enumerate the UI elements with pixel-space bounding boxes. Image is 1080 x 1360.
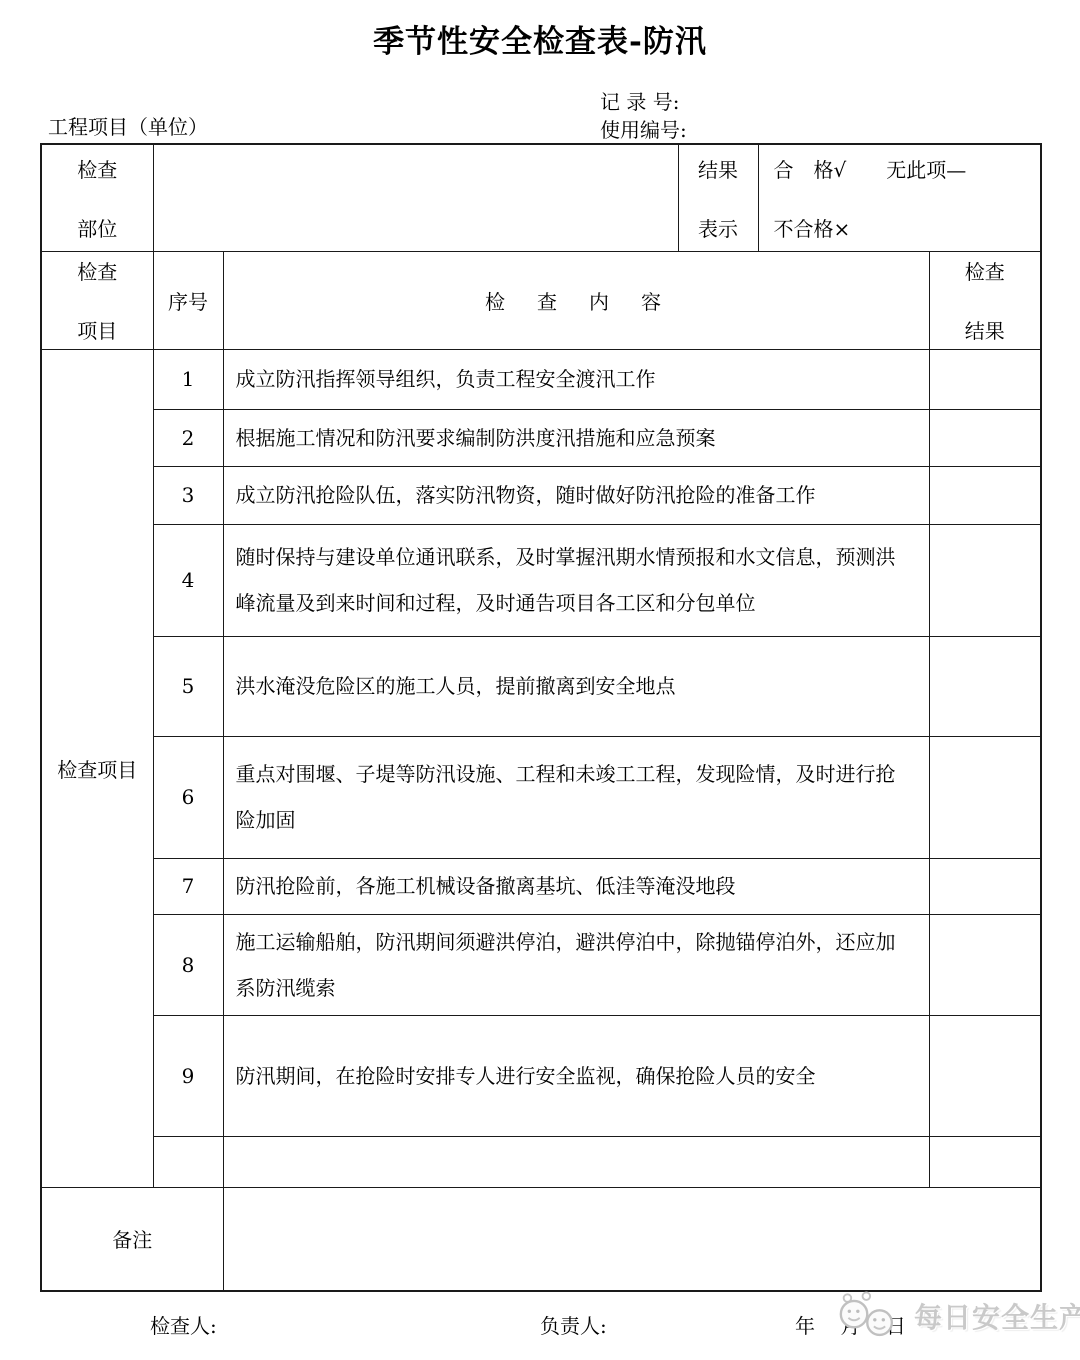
- table-row: 6 重点对围堰、子堤等防汛设施、工程和未竣工工程，发现险情，及时进行抢险加固: [41, 736, 1041, 858]
- row-result-cell[interactable]: [929, 409, 1041, 466]
- row-number: 2: [153, 409, 223, 466]
- legend-fail: 不合格×: [774, 213, 851, 242]
- item-column-header-line1: 检查: [77, 256, 117, 285]
- check-part-label-line2: 部位: [77, 213, 117, 242]
- table-row: 8 施工运输船舶，防汛期间须避洪停泊，避洪停泊中，除抛锚停泊外，还应加系防汛缆索: [41, 914, 1041, 1015]
- row-result-cell[interactable]: [929, 914, 1041, 1015]
- row-result-cell[interactable]: [929, 636, 1041, 736]
- row-result-cell[interactable]: [929, 349, 1041, 409]
- row-result-cell[interactable]: [929, 1136, 1041, 1187]
- remark-label-cell: 备注: [41, 1187, 223, 1291]
- remark-row: 备注: [41, 1187, 1041, 1291]
- row-content: [223, 1136, 929, 1187]
- row-number: 7: [153, 858, 223, 914]
- row-result-cell[interactable]: [929, 466, 1041, 524]
- row-content: 重点对围堰、子堤等防汛设施、工程和未竣工工程，发现险情，及时进行抢险加固: [223, 736, 929, 858]
- result-mark-label-cell: 结果 表示: [678, 144, 758, 251]
- row-number: 6: [153, 736, 223, 858]
- row-number: [153, 1136, 223, 1187]
- table-row: 5 洪水淹没危险区的施工人员，提前撤离到安全地点: [41, 636, 1041, 736]
- result-column-header-line1: 检查: [965, 256, 1005, 285]
- inspection-form-table: 检查 部位 结果 表示 合 格√ 无此项— 不合格× 检查 项目 序号: [40, 143, 1042, 1292]
- row-number: 5: [153, 636, 223, 736]
- check-item-group-cell: 检查项目: [41, 349, 153, 1187]
- row-number: 3: [153, 466, 223, 524]
- table-row: 9 防汛期间，在抢险时安排专人进行安全监视，确保抢险人员的安全: [41, 1015, 1041, 1136]
- result-column-header-cell: 检查 结果: [929, 251, 1041, 349]
- check-part-value-cell[interactable]: [153, 144, 678, 251]
- record-no-label: 记 录 号:: [600, 86, 679, 115]
- row-content: 洪水淹没危险区的施工人员，提前撤离到安全地点: [223, 636, 929, 736]
- date-label: 年 月 日: [795, 1310, 906, 1339]
- row-content: 成立防汛指挥领导组织，负责工程安全渡汛工作: [223, 349, 929, 409]
- table-row: 4 随时保持与建设单位通讯联系，及时掌握汛期水情预报和水文信息，预测洪峰流量及到…: [41, 524, 1041, 636]
- serial-column-header: 序号: [153, 251, 223, 349]
- item-column-header-line2: 项目: [77, 315, 117, 344]
- check-part-label-line1: 检查: [77, 154, 117, 183]
- row-number: 9: [153, 1015, 223, 1136]
- row-content: 成立防汛抢险队伍，落实防汛物资，随时做好防汛抢险的准备工作: [223, 466, 929, 524]
- row-result-cell[interactable]: [929, 1015, 1041, 1136]
- usage-no-label: 使用编号:: [600, 114, 687, 143]
- table-row: 2 根据施工情况和防汛要求编制防洪度汛措施和应急预案: [41, 409, 1041, 466]
- row-number: 1: [153, 349, 223, 409]
- row-content: 防汛抢险前，各施工机械设备撤离基坑、低洼等淹没地段: [223, 858, 929, 914]
- table-row: 检查项目 1 成立防汛指挥领导组织，负责工程安全渡汛工作: [41, 349, 1041, 409]
- item-column-header-cell: 检查 项目: [41, 251, 153, 349]
- result-mark-label-line1: 结果: [698, 154, 738, 183]
- row-content: 随时保持与建设单位通讯联系，及时掌握汛期水情预报和水文信息，预测洪峰流量及到来时…: [223, 524, 929, 636]
- check-part-row: 检查 部位 结果 表示 合 格√ 无此项— 不合格×: [41, 144, 1041, 251]
- inspector-label: 检查人:: [150, 1310, 217, 1339]
- table-row: 7 防汛抢险前，各施工机械设备撤离基坑、低洼等淹没地段: [41, 858, 1041, 914]
- row-content: 根据施工情况和防汛要求编制防洪度汛措施和应急预案: [223, 409, 929, 466]
- row-result-cell[interactable]: [929, 524, 1041, 636]
- legend-pass-missing: 合 格√ 无此项—: [774, 154, 967, 183]
- table-row: 3 成立防汛抢险队伍，落实防汛物资，随时做好防汛抢险的准备工作: [41, 466, 1041, 524]
- page-title: 季节性安全检查表-防汛: [0, 16, 1080, 61]
- watermark-text: 每日安全生产: [914, 1296, 1080, 1336]
- content-column-header: 检 查 内 容: [223, 251, 929, 349]
- check-item-group-label: 检查项目: [57, 758, 137, 782]
- row-number: 8: [153, 914, 223, 1015]
- result-column-header-line2: 结果: [965, 315, 1005, 344]
- remark-value-cell[interactable]: [223, 1187, 1041, 1291]
- check-part-label-cell: 检查 部位: [41, 144, 153, 251]
- result-mark-label-line2: 表示: [698, 213, 738, 242]
- row-content: 防汛期间，在抢险时安排专人进行安全监视，确保抢险人员的安全: [223, 1015, 929, 1136]
- row-content: 施工运输船舶，防汛期间须避洪停泊，避洪停泊中，除抛锚停泊外，还应加系防汛缆索: [223, 914, 929, 1015]
- row-result-cell[interactable]: [929, 736, 1041, 858]
- column-header-row: 检查 项目 序号 检 查 内 容 检查 结果: [41, 251, 1041, 349]
- row-result-cell[interactable]: [929, 858, 1041, 914]
- table-row: [41, 1136, 1041, 1187]
- result-legend-cell: 合 格√ 无此项— 不合格×: [758, 144, 1041, 251]
- responsible-label: 负责人:: [540, 1310, 607, 1339]
- row-number: 4: [153, 524, 223, 636]
- project-unit-label: 工程项目（单位）: [48, 111, 208, 140]
